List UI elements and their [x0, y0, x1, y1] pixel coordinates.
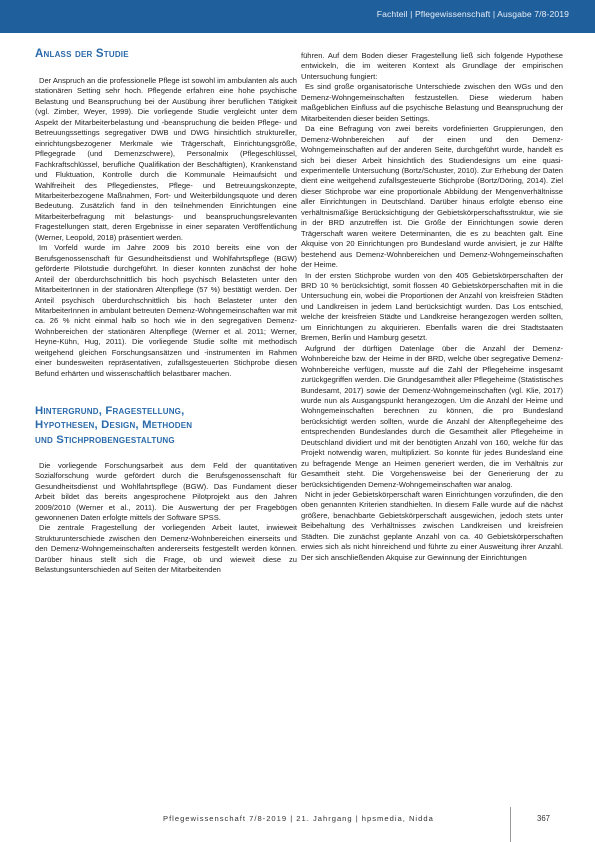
body-paragraph: Nicht in jeder Gebietskörperschaft waren… — [301, 490, 563, 563]
body-paragraph: führen. Auf dem Boden dieser Fragestellu… — [301, 51, 563, 82]
body-paragraph: Aufgrund der dürftigen Datenlage über di… — [301, 344, 563, 490]
body-paragraph: Die zentrale Fragestellung der vorliegen… — [35, 523, 297, 575]
body-paragraph: Es sind große organisatorische Unterschi… — [301, 82, 563, 124]
running-header-title: Fachteil | Pflegewissenschaft | Ausgabe … — [377, 9, 569, 19]
left-column: Anlass der Studie Der Anspruch an die pr… — [35, 47, 297, 576]
body-paragraph: Der Anspruch an die professionelle Pfleg… — [35, 76, 297, 243]
body-paragraph: In der ersten Stichprobe wurden von den … — [301, 271, 563, 344]
right-column: führen. Auf dem Boden dieser Fragestellu… — [301, 51, 563, 563]
heading-line: Hintergrund, Fragestellung, — [35, 405, 184, 417]
section-heading-hintergrund: Hintergrund, Fragestellung, Hypothesen, … — [35, 404, 297, 447]
running-header-bar: Fachteil | Pflegewissenschaft | Ausgabe … — [0, 0, 595, 33]
body-paragraph: Die vorliegende Forschungsarbeit aus dem… — [35, 461, 297, 524]
section-heading-anlass: Anlass der Studie — [35, 47, 297, 61]
body-paragraph: Da eine Befragung von zwei bereits vorde… — [301, 124, 563, 270]
page-number: 367 — [537, 814, 550, 823]
heading-line: und Stichprobengestaltung — [35, 434, 175, 446]
footer-divider — [510, 807, 511, 842]
body-paragraph: Im Vorfeld wurde im Jahre 2009 bis 2010 … — [35, 243, 297, 379]
footer-citation: Pflegewissenschaft 7/8-2019 | 21. Jahrga… — [163, 814, 434, 823]
heading-line: Hypothesen, Design, Methoden — [35, 419, 192, 431]
